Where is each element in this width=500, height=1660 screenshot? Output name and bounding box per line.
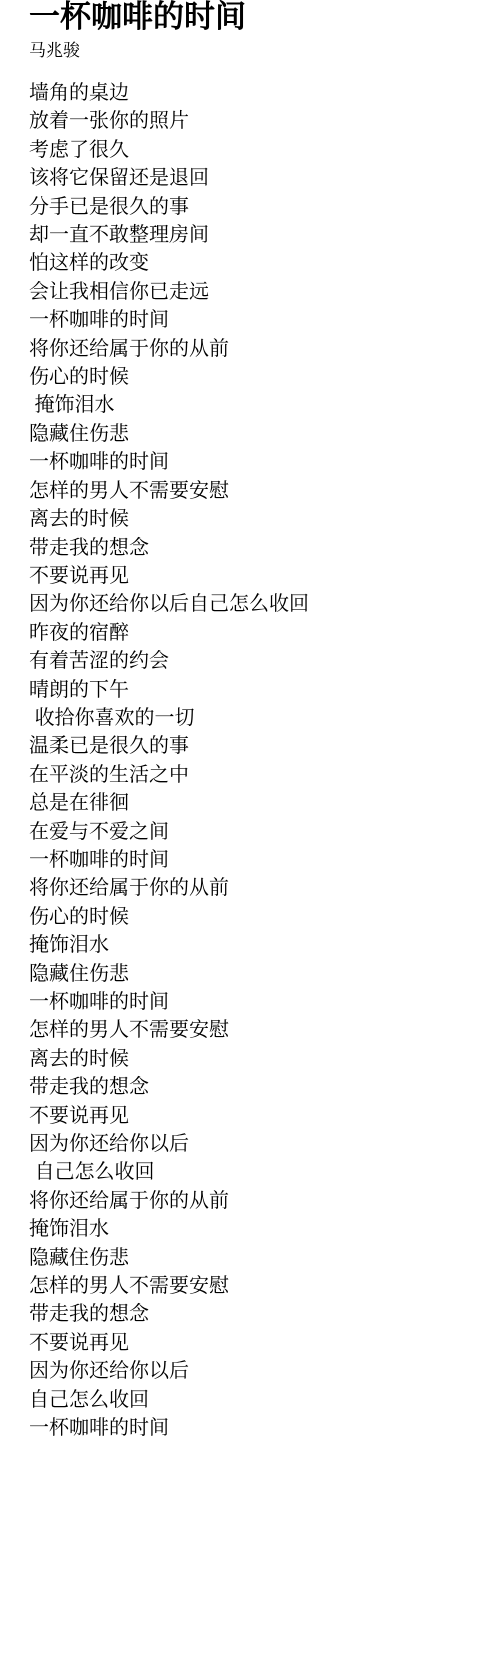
artist-name: 马兆骏: [29, 40, 490, 62]
lyric-line: 一杯咖啡的时间: [29, 846, 490, 874]
lyric-line: 一杯咖啡的时间: [29, 448, 490, 476]
lyric-line: 在平淡的生活之中: [29, 761, 490, 789]
lyric-line: 因为你还给你以后: [29, 1130, 490, 1158]
lyric-line: 一杯咖啡的时间: [29, 1414, 490, 1442]
lyric-line: 自己怎么收回: [29, 1158, 490, 1186]
lyric-line: 隐藏住伤悲: [29, 420, 490, 448]
lyric-line: 掩饰泪水: [29, 931, 490, 959]
lyric-line: 一杯咖啡的时间: [29, 306, 490, 334]
lyric-line: 有着苦涩的约会: [29, 647, 490, 675]
lyric-line: 掩饰泪水: [29, 1215, 490, 1243]
lyric-line: 昨夜的宿醉: [29, 619, 490, 647]
lyric-line: 该将它保留还是退回: [29, 164, 490, 192]
lyric-line: 却一直不敢整理房间: [29, 221, 490, 249]
lyric-line: 在爱与不爱之间: [29, 818, 490, 846]
lyric-line: 怕这样的改变: [29, 249, 490, 277]
lyric-line: 分手已是很久的事: [29, 193, 490, 221]
lyric-line: 怎样的男人不需要安慰: [29, 1016, 490, 1044]
lyric-line: 隐藏住伤悲: [29, 1244, 490, 1272]
lyric-line: 自己怎么收回: [29, 1386, 490, 1414]
lyric-line: 伤心的时候: [29, 363, 490, 391]
lyric-line: 不要说再见: [29, 1329, 490, 1357]
lyric-line: 离去的时候: [29, 1045, 490, 1073]
lyric-line: 因为你还给你以后: [29, 1357, 490, 1385]
lyrics-container: 墙角的桌边放着一张你的照片考虑了很久该将它保留还是退回分手已是很久的事却一直不敢…: [29, 79, 490, 1443]
lyric-line: 伤心的时候: [29, 903, 490, 931]
lyric-line: 怎样的男人不需要安慰: [29, 477, 490, 505]
lyric-line: 不要说再见: [29, 562, 490, 590]
lyric-line: 一杯咖啡的时间: [29, 988, 490, 1016]
lyric-line: 会让我相信你已走远: [29, 278, 490, 306]
lyric-line: 墙角的桌边: [29, 79, 490, 107]
lyric-line: 带走我的想念: [29, 1073, 490, 1101]
lyric-line: 晴朗的下午: [29, 676, 490, 704]
lyric-line: 将你还给属于你的从前: [29, 335, 490, 363]
lyric-line: 将你还给属于你的从前: [29, 1187, 490, 1215]
lyric-line: 收拾你喜欢的一切: [29, 704, 490, 732]
lyric-line: 带走我的想念: [29, 1300, 490, 1328]
lyric-line: 离去的时候: [29, 505, 490, 533]
lyric-line: 隐藏住伤悲: [29, 960, 490, 988]
lyric-line: 考虑了很久: [29, 136, 490, 164]
lyric-line: 掩饰泪水: [29, 391, 490, 419]
lyric-line: 怎样的男人不需要安慰: [29, 1272, 490, 1300]
lyric-line: 不要说再见: [29, 1102, 490, 1130]
lyric-line: 将你还给属于你的从前: [29, 874, 490, 902]
lyric-line: 总是在徘徊: [29, 789, 490, 817]
page-title: 一杯咖啡的时间: [29, 0, 490, 34]
lyric-line: 放着一张你的照片: [29, 107, 490, 135]
lyric-line: 温柔已是很久的事: [29, 732, 490, 760]
lyric-line: 带走我的想念: [29, 534, 490, 562]
lyrics-page: 一杯咖啡的时间 马兆骏 墙角的桌边放着一张你的照片考虑了很久该将它保留还是退回分…: [0, 0, 500, 1443]
lyric-line: 因为你还给你以后自己怎么收回: [29, 590, 490, 618]
